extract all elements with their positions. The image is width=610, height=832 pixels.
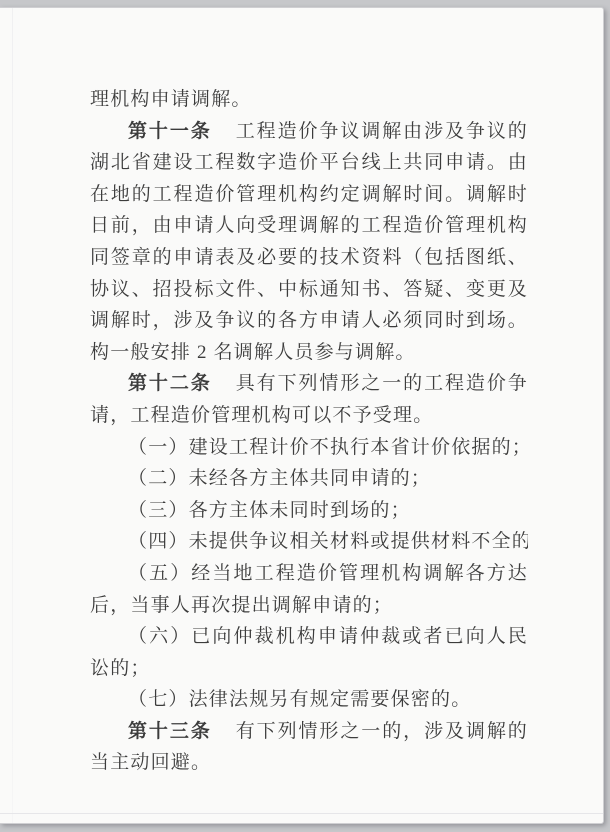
paragraph-line: 当主动回避。 (90, 747, 528, 779)
paragraph-line: 构一般安排 2 名调解人员参与调解。 (90, 337, 528, 369)
paragraph-line: 湖北省建设工程数字造价平台线上共同申请。由工程项目所 (90, 147, 528, 179)
list-item-4: （四）未提供争议相关材料或提供材料不全的； (90, 526, 528, 558)
list-item-6: （六）已向仲裁机构申请仲裁或者已向人民法院提起诉 (90, 621, 528, 653)
scanned-page: 理机构申请调解。 第十一条工程造价争议调解由涉及争议的各方通过 湖北省建设工程数… (0, 7, 604, 824)
article-number: 第十三条 (128, 721, 212, 742)
list-item-3: （三）各方主体未同时到场的； (90, 495, 528, 527)
paragraph-line: 日前，由申请人向受理调解的工程造价管理机构提供各方共 (90, 210, 528, 242)
list-item-5: （五）经当地工程造价管理机构调解各方达成一致意见 (90, 558, 528, 590)
article-11-opening-line: 第十一条工程造价争议调解由涉及争议的各方通过 (90, 116, 528, 148)
article-12-opening-line: 第十二条具有下列情形之一的工程造价争议调解申 (90, 368, 528, 400)
list-item-7: （七）法律法规另有规定需要保密的。 (90, 684, 528, 716)
paragraph-line: 请，工程造价管理机构可以不予受理。 (90, 400, 528, 432)
paragraph-line: 同签章的申请表及必要的技术资料（包括图纸、合同及补充 (90, 242, 528, 274)
page-fold-edge-vertical (12, 8, 13, 823)
list-item-2: （二）未经各方主体共同申请的； (90, 463, 528, 495)
paragraph-line: 在地的工程造价管理机构约定调解时间。调解时间 2 个工作 (90, 179, 528, 211)
list-item-1: （一）建设工程计价不执行本省计价依据的； (90, 432, 528, 464)
paragraph-line: 理机构申请调解。 (90, 84, 528, 116)
article-number: 第十二条 (128, 373, 212, 394)
article-number: 第十一条 (128, 121, 212, 142)
paragraph-line: 调解时，涉及争议的各方申请人必须同时到场。造价管理机 (90, 305, 528, 337)
page-fold-edge-horizontal (0, 813, 603, 814)
paragraph-line: 讼的； (90, 653, 528, 685)
paragraph-line: 协议、招投标文件、中标通知书、答疑、变更及签证等）。 (90, 274, 528, 306)
document-body: 理机构申请调解。 第十一条工程造价争议调解由涉及争议的各方通过 湖北省建设工程数… (90, 84, 528, 779)
article-13-opening-line: 第十三条有下列情形之一的，涉及调解的参与人员应 (90, 716, 528, 748)
paragraph-line: 后，当事人再次提出调解申请的； (90, 590, 528, 622)
